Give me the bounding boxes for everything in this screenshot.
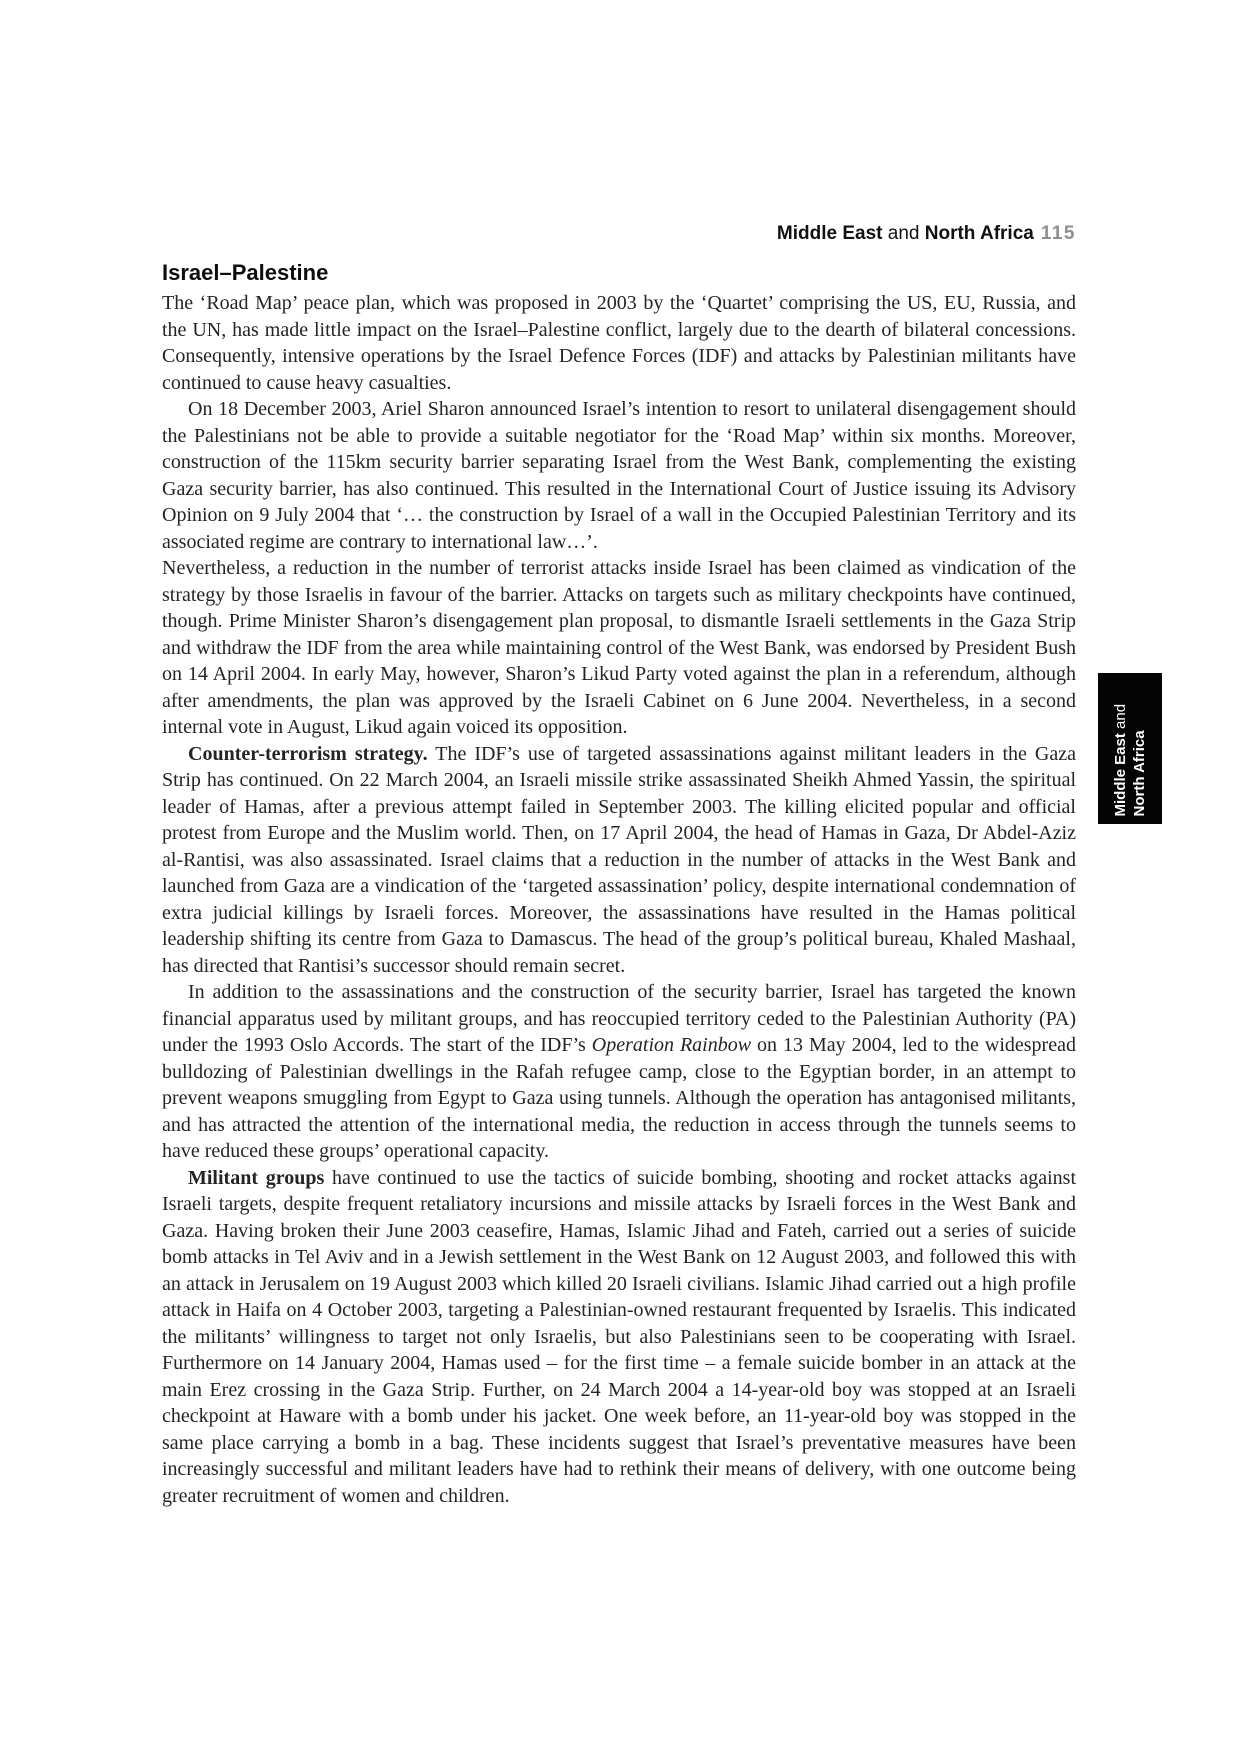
- side-tab-connector: and: [1112, 703, 1129, 732]
- paragraph-text: have continued to use the tactics of sui…: [162, 1167, 1076, 1507]
- section-title: Israel–Palestine: [162, 261, 1076, 284]
- paragraph-lead: Counter-terrorism strategy.: [188, 743, 428, 765]
- paragraph: Nevertheless, a reduction in the number …: [162, 555, 1076, 741]
- side-tab-line-1: Middle East and: [1111, 673, 1130, 824]
- page-number: 115: [1041, 223, 1076, 244]
- running-header: Middle East and North Africa115: [162, 224, 1076, 244]
- paragraph-text: On 18 December 2003, Ariel Sharon announ…: [162, 398, 1076, 553]
- header-connector: and: [882, 223, 924, 244]
- paragraph-text: Operation Rainbow: [592, 1034, 751, 1056]
- side-tab-label: Middle East and North Africa: [1098, 673, 1162, 824]
- article-body: The ‘Road Map’ peace plan, which was pro…: [162, 290, 1076, 1509]
- side-tab-line-2: North Africa: [1130, 673, 1149, 824]
- content-column: Middle East and North Africa115 Israel–P…: [162, 224, 1076, 1509]
- side-tab-region-1: Middle East: [1112, 733, 1129, 816]
- chapter-side-tab: Middle East and North Africa: [1098, 673, 1162, 824]
- paragraph: In addition to the assassinations and th…: [162, 979, 1076, 1165]
- document-page: Middle East and North Africa115 Israel–P…: [0, 0, 1240, 1754]
- paragraph-lead: Militant groups: [188, 1167, 324, 1189]
- paragraph: The ‘Road Map’ peace plan, which was pro…: [162, 290, 1076, 396]
- paragraph-text: Nevertheless, a reduction in the number …: [162, 557, 1076, 738]
- paragraph-text: The IDF’s use of targeted assassinations…: [162, 743, 1076, 977]
- paragraph-text: The ‘Road Map’ peace plan, which was pro…: [162, 292, 1076, 394]
- paragraph: On 18 December 2003, Ariel Sharon announ…: [162, 396, 1076, 555]
- paragraph: Militant groups have continued to use th…: [162, 1165, 1076, 1510]
- paragraph: Counter-terrorism strategy. The IDF’s us…: [162, 741, 1076, 980]
- side-tab-region-2: North Africa: [1131, 730, 1148, 816]
- header-region-2: North Africa: [925, 223, 1034, 244]
- header-region-1: Middle East: [777, 223, 883, 244]
